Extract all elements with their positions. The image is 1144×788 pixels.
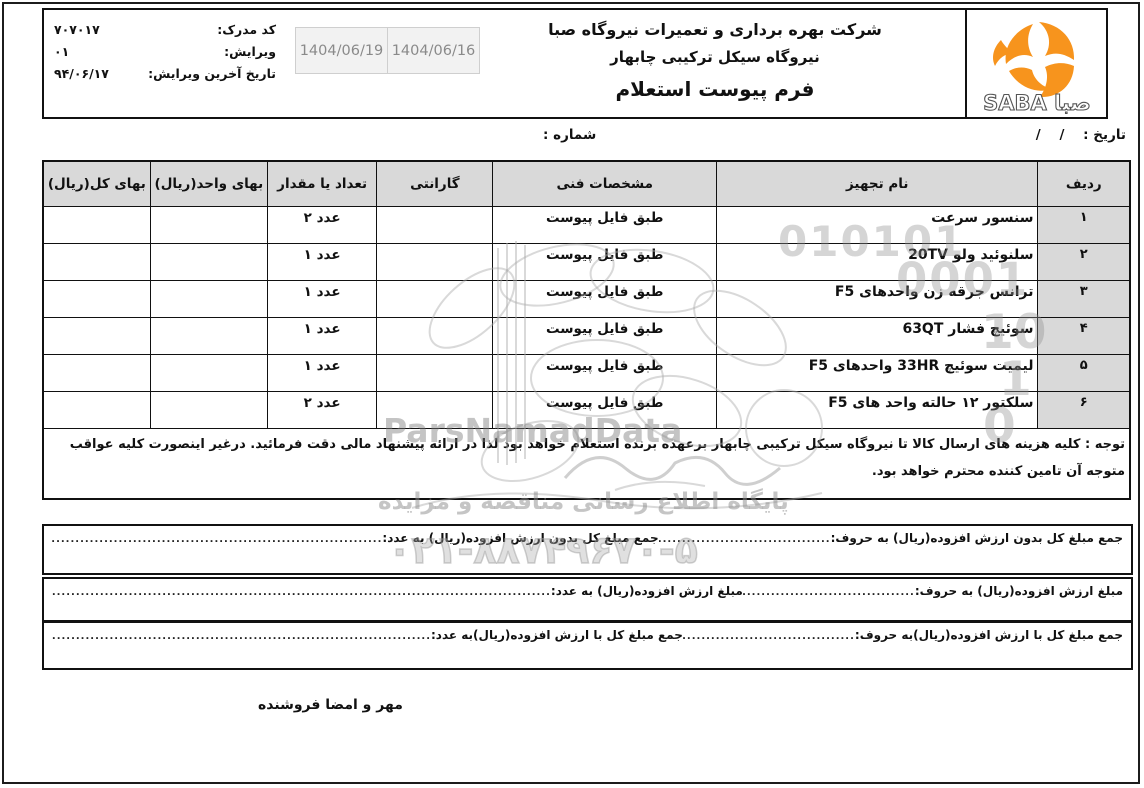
seller-stamp-signature-label: مهر و امضا فروشنده bbox=[258, 697, 403, 713]
plant-name: نیروگاه سیکل ترکیبی چابهار bbox=[474, 48, 956, 66]
total-price-cell bbox=[43, 244, 150, 281]
saba-logo-icon: SABA صبا bbox=[973, 14, 1101, 114]
items-table: ردیف نام تجهیز مشخصات فنی گارانتی تعداد … bbox=[42, 160, 1131, 500]
col-header-unit-price: بهای واحد(ریال) bbox=[150, 161, 267, 207]
total-without-vat-box: جمع مبلغ کل بدون ارزش افزوده(ریال) به حر… bbox=[42, 524, 1133, 575]
revision-row: ویرایش: ۰۱ bbox=[54, 44, 276, 59]
col-header-equipment: نام تجهیز bbox=[716, 161, 1038, 207]
total-price-cell bbox=[43, 281, 150, 318]
quantity-cell: ۱ عدد bbox=[268, 281, 377, 318]
doc-code-row: کد مدرک: ۷۰۷۰۱۷ bbox=[54, 22, 276, 37]
revision-label: ویرایش: bbox=[224, 44, 276, 59]
dotted-fill-line: ........................................… bbox=[659, 531, 831, 573]
company-name: شرکت بهره برداری و تعمیرات نیروگاه صبا bbox=[474, 20, 956, 39]
doc-code-label: کد مدرک: bbox=[217, 22, 276, 37]
table-row: ۲ سلنوئید ولو 20TV طبق فایل پیوست ۱ عدد bbox=[43, 244, 1130, 281]
dotted-fill-line: ........................................… bbox=[683, 628, 855, 668]
col-header-total-price: بهای کل(ریال) bbox=[43, 161, 150, 207]
equipment-name: سلنوئید ولو 20TV bbox=[716, 244, 1038, 281]
last-revision-date-value: ۹۴/۰۶/۱۷ bbox=[54, 66, 109, 81]
row-no: ۲ bbox=[1038, 244, 1130, 281]
dotted-fill-line: ........................................… bbox=[52, 628, 431, 668]
equipment-spec: طبق فایل پیوست bbox=[493, 281, 716, 318]
table-row: ۶ سلکتور ۱۲ حالته واحد های F5 طبق فایل پ… bbox=[43, 392, 1130, 429]
vat-amount-digits-label: مبلغ ارزش افزوده(ریال) به عدد: bbox=[551, 584, 743, 620]
total-price-cell bbox=[43, 355, 150, 392]
row-no: ۶ bbox=[1038, 392, 1130, 429]
unit-price-cell bbox=[150, 207, 267, 244]
unit-price-cell bbox=[150, 318, 267, 355]
date-chip-1: 1404/06/19 bbox=[295, 27, 388, 74]
last-revision-date-row: تاریخ آخرین ویرایش: ۹۴/۰۶/۱۷ bbox=[54, 66, 276, 81]
warranty-cell bbox=[377, 392, 493, 429]
total-price-cell bbox=[43, 392, 150, 429]
equipment-name: سوئیچ فشار 63QT bbox=[716, 318, 1038, 355]
col-header-row-no: ردیف bbox=[1038, 161, 1130, 207]
number-field-label: شماره : bbox=[543, 127, 596, 143]
quantity-cell: ۱ عدد bbox=[268, 244, 377, 281]
total-with-vat-words-label: جمع مبلغ کل با ارزش افزوده(ریال)به حروف: bbox=[855, 628, 1123, 668]
warranty-cell bbox=[377, 318, 493, 355]
date-field-label: تاریخ : / / bbox=[1036, 127, 1126, 143]
equipment-name: ترانس جرقه زن واحدهای F5 bbox=[716, 281, 1038, 318]
dotted-fill-line: ........................................… bbox=[52, 531, 382, 573]
row-no: ۴ bbox=[1038, 318, 1130, 355]
document-codes-block: کد مدرک: ۷۰۷۰۱۷ ویرایش: ۰۱ تاریخ آخرین و… bbox=[54, 22, 276, 88]
equipment-spec: طبق فایل پیوست bbox=[493, 207, 716, 244]
dotted-fill-line: ........................................… bbox=[52, 584, 551, 620]
quantity-cell: ۱ عدد bbox=[268, 318, 377, 355]
header-titles: شرکت بهره برداری و تعمیرات نیروگاه صبا ن… bbox=[474, 16, 956, 101]
table-header-row: ردیف نام تجهیز مشخصات فنی گارانتی تعداد … bbox=[43, 161, 1130, 207]
shipping-note: توجه : کلیه هزینه های ارسال کالا تا نیرو… bbox=[43, 429, 1130, 500]
total-without-vat-words-label: جمع مبلغ کل بدون ارزش افزوده(ریال) به حر… bbox=[831, 531, 1123, 573]
warranty-cell bbox=[377, 207, 493, 244]
quantity-cell: ۲ عدد bbox=[268, 207, 377, 244]
equipment-name: سلکتور ۱۲ حالته واحد های F5 bbox=[716, 392, 1038, 429]
total-with-vat-box: جمع مبلغ کل با ارزش افزوده(ریال)به حروف:… bbox=[42, 621, 1133, 670]
row-no: ۳ bbox=[1038, 281, 1130, 318]
company-logo-cell: SABA صبا bbox=[965, 10, 1106, 117]
row-no: ۵ bbox=[1038, 355, 1130, 392]
table-row: ۳ ترانس جرقه زن واحدهای F5 طبق فایل پیوس… bbox=[43, 281, 1130, 318]
warranty-cell bbox=[377, 244, 493, 281]
table-row: ۱ سنسور سرعت طبق فایل پیوست ۲ عدد bbox=[43, 207, 1130, 244]
quantity-cell: ۲ عدد bbox=[268, 392, 377, 429]
form-header: کد مدرک: ۷۰۷۰۱۷ ویرایش: ۰۱ تاریخ آخرین و… bbox=[42, 8, 1108, 119]
vat-amount-box: مبلغ ارزش افزوده(ریال) به حروف: ........… bbox=[42, 577, 1133, 622]
unit-price-cell bbox=[150, 244, 267, 281]
table-row: ۵ لیمیت سوئیچ 33HR واحدهای F5 طبق فایل پ… bbox=[43, 355, 1130, 392]
items-table-wrap: ردیف نام تجهیز مشخصات فنی گارانتی تعداد … bbox=[42, 160, 1131, 500]
equipment-name: سنسور سرعت bbox=[716, 207, 1038, 244]
row-no: ۱ bbox=[1038, 207, 1130, 244]
col-header-warranty: گارانتی bbox=[377, 161, 493, 207]
last-revision-date-label: تاریخ آخرین ویرایش: bbox=[148, 66, 276, 81]
form-title: فرم پیوست استعلام bbox=[474, 77, 956, 101]
total-without-vat-digits-label: جمع مبلغ کل بدون ارزش افزوده(ریال) به عد… bbox=[382, 531, 658, 573]
vat-amount-words-label: مبلغ ارزش افزوده(ریال) به حروف: bbox=[915, 584, 1123, 620]
revision-value: ۰۱ bbox=[54, 44, 69, 59]
table-row: ۴ سوئیچ فشار 63QT طبق فایل پیوست ۱ عدد bbox=[43, 318, 1130, 355]
total-price-cell bbox=[43, 318, 150, 355]
equipment-spec: طبق فایل پیوست bbox=[493, 244, 716, 281]
unit-price-cell bbox=[150, 392, 267, 429]
overlay-date-chips: 1404/06/19 1404/06/16 bbox=[295, 27, 480, 74]
dotted-fill-line: ........................................… bbox=[743, 584, 915, 620]
warranty-cell bbox=[377, 281, 493, 318]
note-row: توجه : کلیه هزینه های ارسال کالا تا نیرو… bbox=[43, 429, 1130, 500]
total-with-vat-digits-label: جمع مبلغ کل با ارزش افزوده(ریال)به عدد: bbox=[431, 628, 683, 668]
col-header-specs: مشخصات فنی bbox=[493, 161, 716, 207]
meta-line: تاریخ : / / شماره : bbox=[0, 127, 1135, 147]
equipment-spec: طبق فایل پیوست bbox=[493, 392, 716, 429]
inquiry-form-page: کد مدرک: ۷۰۷۰۱۷ ویرایش: ۰۱ تاریخ آخرین و… bbox=[0, 0, 1144, 788]
col-header-quantity: تعداد یا مقدار bbox=[268, 161, 377, 207]
equipment-spec: طبق فایل پیوست bbox=[493, 355, 716, 392]
warranty-cell bbox=[377, 355, 493, 392]
svg-text:SABA صبا: SABA صبا bbox=[983, 91, 1091, 114]
quantity-cell: ۱ عدد bbox=[268, 355, 377, 392]
date-chip-2: 1404/06/16 bbox=[388, 27, 480, 74]
doc-code-value: ۷۰۷۰۱۷ bbox=[54, 22, 100, 37]
unit-price-cell bbox=[150, 355, 267, 392]
equipment-spec: طبق فایل پیوست bbox=[493, 318, 716, 355]
equipment-name: لیمیت سوئیچ 33HR واحدهای F5 bbox=[716, 355, 1038, 392]
unit-price-cell bbox=[150, 281, 267, 318]
total-price-cell bbox=[43, 207, 150, 244]
